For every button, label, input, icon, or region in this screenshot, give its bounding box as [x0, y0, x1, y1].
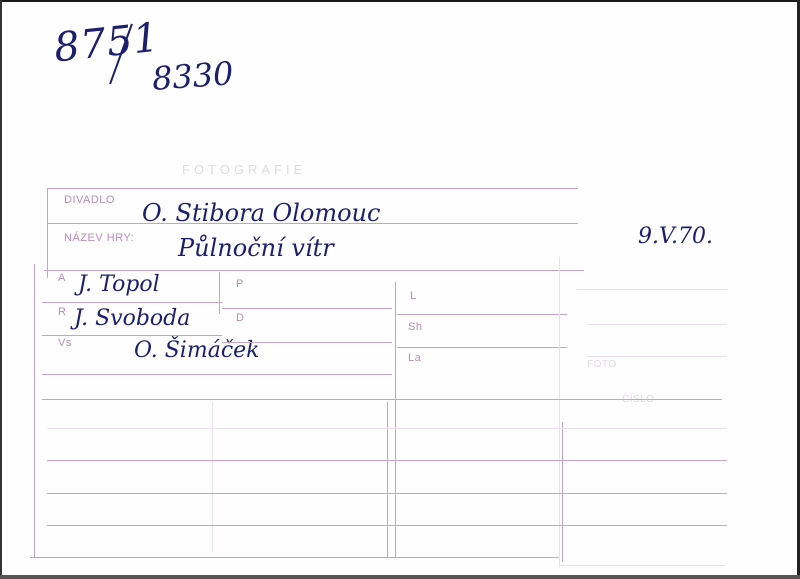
far-right-label-1: FOTO [587, 359, 617, 370]
frame-top [48, 188, 578, 189]
middle-grid-label-p: P [236, 278, 244, 290]
left-grid-label-a: A [58, 272, 66, 284]
right-grid-label-la: La [408, 352, 421, 364]
play-title-value: Půlnoční vítr [178, 234, 334, 262]
right-row-1-line [397, 314, 567, 315]
lower-row-4 [47, 525, 727, 526]
left-row-3-line [42, 374, 392, 375]
middle-row-2-line [222, 342, 392, 343]
lower-row-3 [47, 493, 727, 494]
lower-row-2 [47, 460, 727, 461]
middle-grid-label-d: D [236, 312, 244, 324]
lower-col-1 [212, 402, 213, 552]
frame-bottom [30, 557, 560, 558]
middle-row-1-line [222, 308, 392, 309]
left-row-1-line [42, 302, 222, 303]
right-grid-divider [395, 282, 396, 557]
frame-left-lower [34, 264, 35, 557]
left-grid-value-a: J. Topol [78, 272, 160, 297]
lower-col-2 [387, 402, 388, 557]
date-value: 9.V.70. [638, 224, 713, 249]
theatre-value: O. Stibora Olomouc [142, 199, 380, 227]
lower-col-3 [562, 422, 563, 562]
play-title-label: NÁZEV HRY: [64, 232, 134, 244]
far-right-divider [559, 257, 560, 567]
lower-row-1 [47, 428, 727, 429]
reference-number: 8751 [52, 15, 162, 72]
right-grid-label-l: L [410, 290, 417, 302]
scan-edge-left [0, 0, 2, 579]
lower-header-line [42, 399, 722, 400]
far-right-line-1 [577, 289, 727, 290]
frame-bottom-right [560, 565, 725, 566]
far-right-line-2 [587, 324, 727, 325]
left-grid-label-r: R [58, 306, 66, 318]
theatre-label: DIVADLO [64, 194, 115, 206]
right-row-2-line [397, 347, 567, 348]
far-right-line-3 [587, 356, 727, 357]
left-grid-value-r: J. Svoboda [74, 306, 190, 331]
faint-header: FOTOGRAFIE [182, 162, 306, 177]
left-grid-label-vs: Vs [58, 337, 72, 349]
right-grid-label-sh: Sh [408, 321, 422, 333]
left-row-2-line [42, 335, 222, 336]
frame-left [47, 188, 48, 278]
archive-card: 8751 8330 FOTOGRAFIE DIVADLO O. Stibora … [2, 2, 797, 575]
reference-number-secondary: 8330 [151, 54, 235, 98]
left-grid-divider [219, 272, 220, 314]
title-underline [44, 270, 584, 271]
scan-edge-bottom [0, 575, 800, 579]
